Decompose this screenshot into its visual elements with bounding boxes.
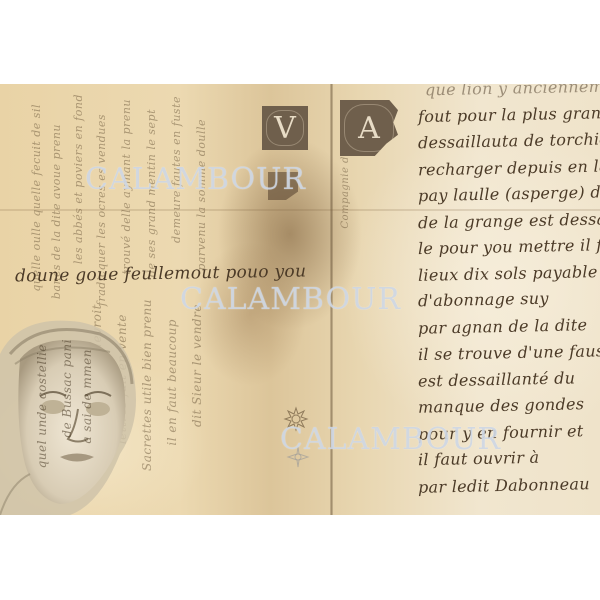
faded-script-column: Sacrettes utile bien prenu xyxy=(140,299,154,471)
handwritten-line: d'abonnage suy xyxy=(418,289,549,311)
ornate-initial-v: V xyxy=(262,106,308,150)
faded-script-column: de Bussac pani xyxy=(60,339,74,438)
handwritten-line: dessaillauta de torchido le xyxy=(418,129,600,153)
handwritten-line: pay laulle (asperge) de la xyxy=(418,182,600,205)
faded-script-column: les abbés et poviers en fond xyxy=(72,94,85,264)
faded-script-column: il en faut beaucoup xyxy=(165,319,179,446)
faded-script-column: a sai de mmen xyxy=(80,349,94,444)
handwritten-line: fout pour la plus grando xyxy=(418,102,600,125)
watermark-text: CALAMBOUR xyxy=(180,282,401,317)
watermark-text: CALAMBOUR xyxy=(85,162,306,197)
handwritten-line: que lion y anciennement lu xyxy=(425,84,600,99)
faded-script-column: Compagnie des xyxy=(340,144,351,229)
ornate-initial-a: A xyxy=(340,100,398,156)
handwritten-line: lieux dix sols payable xyxy=(418,262,598,285)
handwritten-line: manque des gondes xyxy=(418,394,585,416)
handwritten-line: il se trouve d'une fausse xyxy=(418,341,600,364)
handwritten-line: le pour you mettre il fau xyxy=(418,235,600,258)
handwritten-line: est dessaillanté du xyxy=(418,368,576,390)
faded-script-column: quel unde costellie xyxy=(35,344,49,468)
handwritten-line: de la grange est dessaillan xyxy=(418,208,600,232)
handwritten-line: par agnan de la dite xyxy=(418,315,588,338)
faded-script-column: dit Sieur le vendre xyxy=(190,304,204,427)
decoupage-artwork: quelle oulle quelle fecuit de sil bancs … xyxy=(0,84,600,515)
handwritten-line: par ledit Dabonneau xyxy=(418,474,590,497)
faded-script-column: quelle oulle quelle fecuit de sil xyxy=(30,104,43,292)
watermark-text: CALAMBOUR xyxy=(280,422,501,457)
handwritten-line: recharger depuis en langue xyxy=(418,155,600,179)
